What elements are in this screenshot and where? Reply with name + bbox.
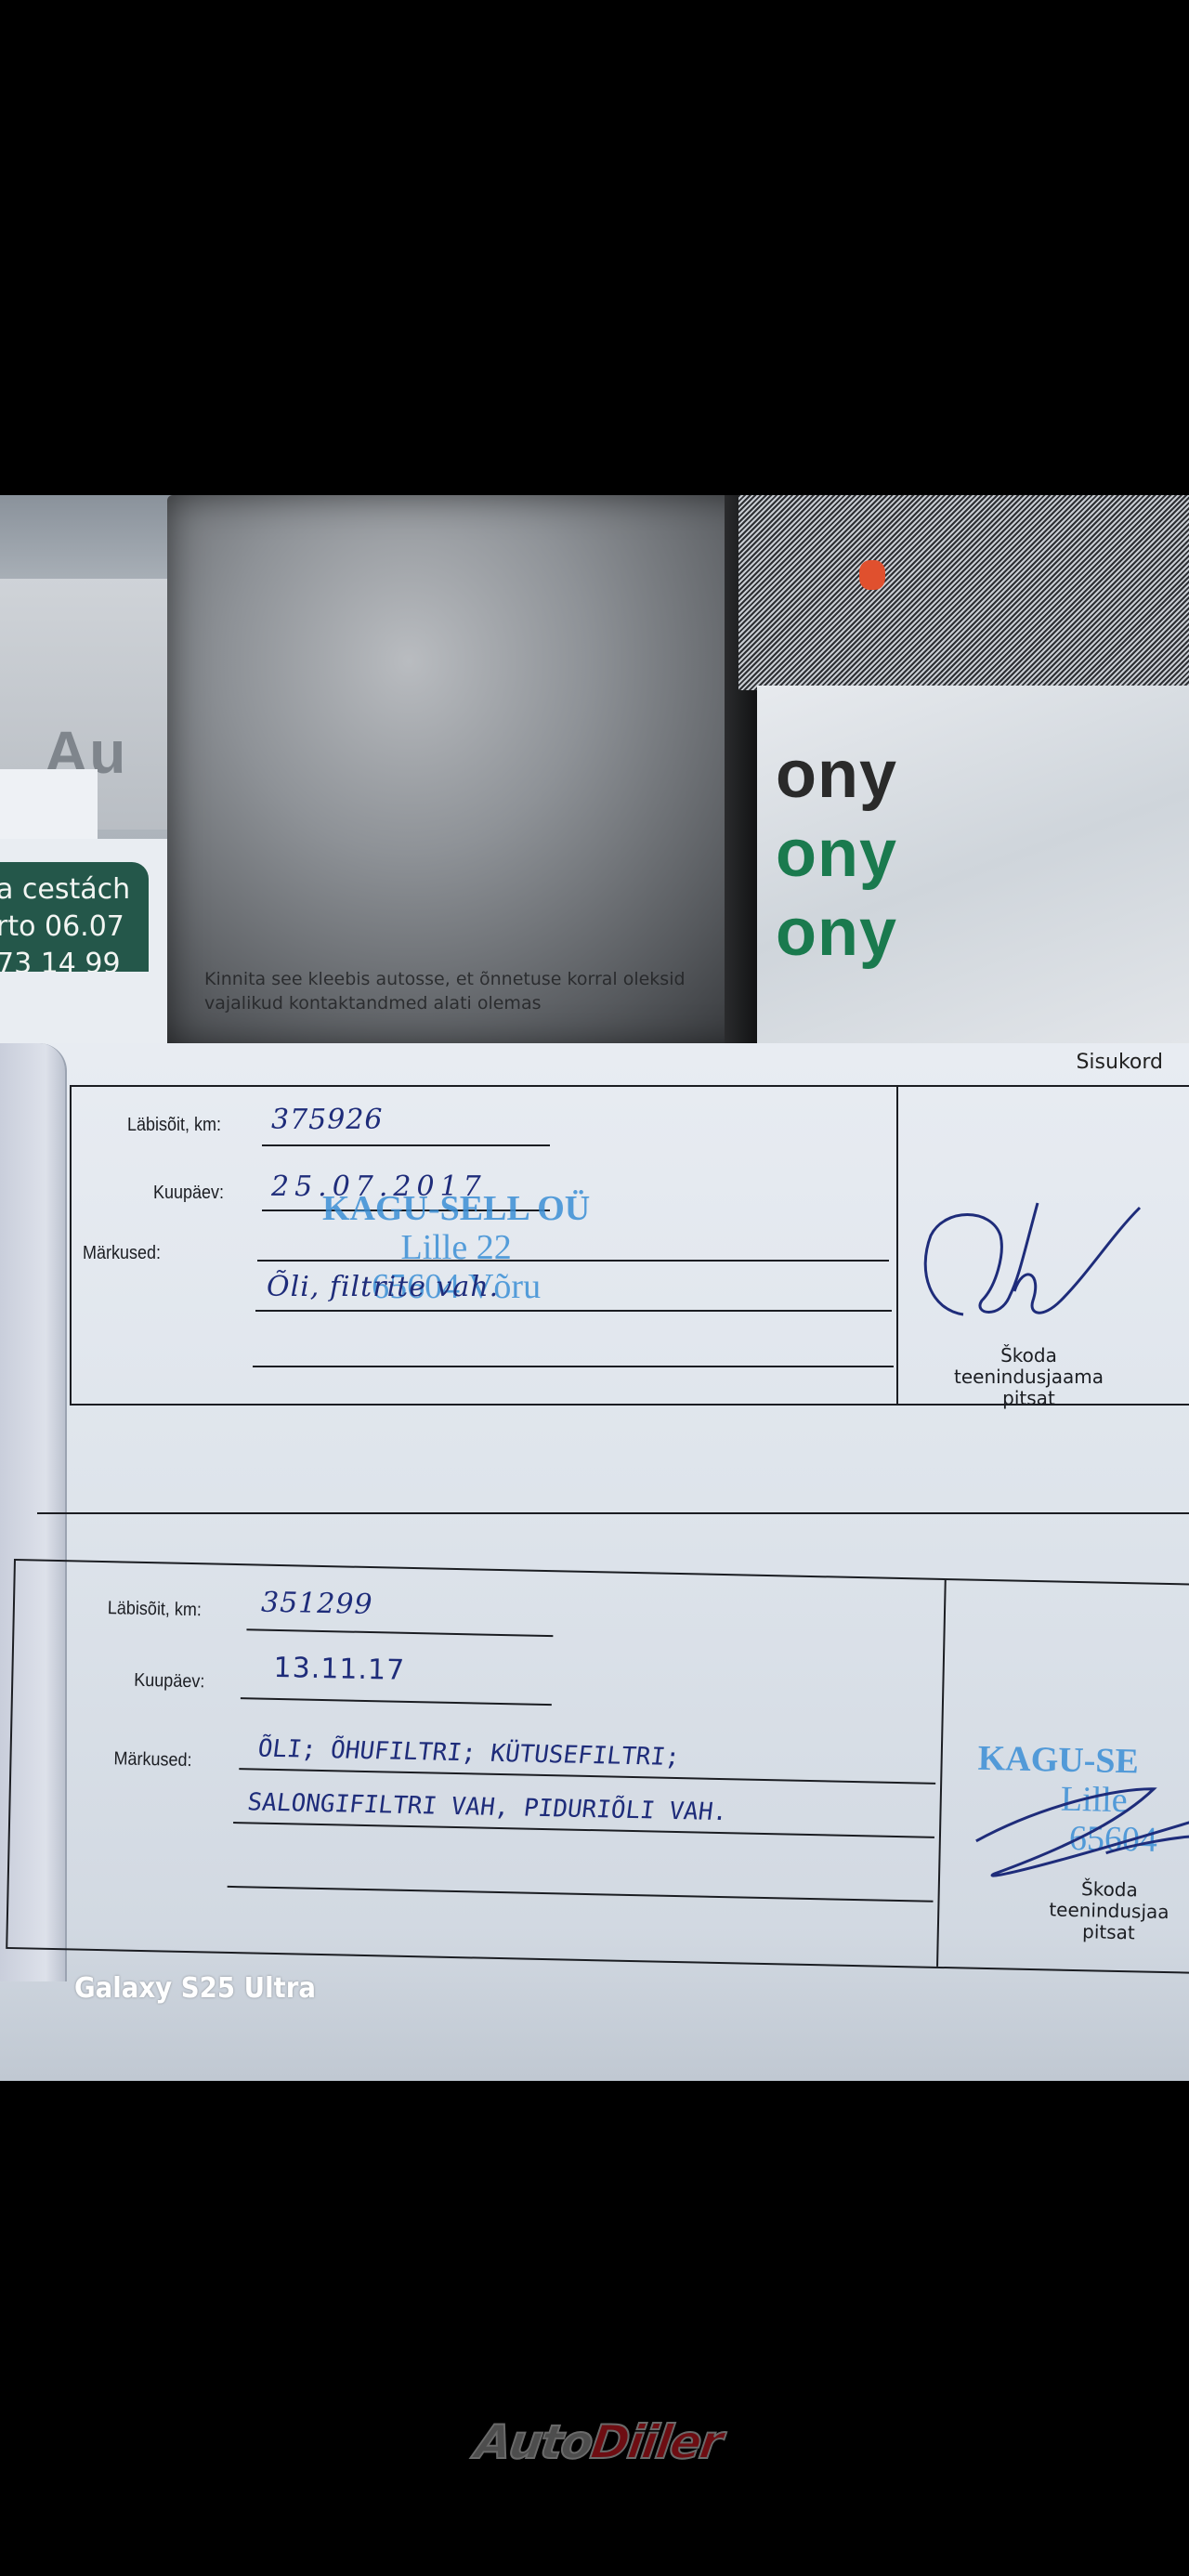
green-info-card: a cestách rto 06.07 73 14 99 xyxy=(0,862,149,972)
notes-label: Märkused: xyxy=(83,1243,161,1264)
service-book-photo: Au a cestách rto 06.07 73 14 99 Kinnita … xyxy=(0,495,1189,2081)
stamp-caption: Škoda teenindusjaama pitsat xyxy=(954,1345,1104,1409)
wallet-sticker-text: Kinnita see kleebis autosse, et õnnetuse… xyxy=(204,967,725,1015)
signature-icon xyxy=(912,1198,1163,1338)
notes-line xyxy=(257,1260,889,1262)
signature-icon xyxy=(966,1758,1189,1892)
notes-line-1: Õli, filtrite vah. xyxy=(267,1271,499,1303)
date-line xyxy=(241,1697,552,1706)
seat-fabric xyxy=(738,495,1189,690)
stamp-caption: Škoda teenindusjaa pitsat xyxy=(1049,1877,1170,1944)
notes-line-1: ÕLI; ÕHUFILTRI; KÜTUSEFILTRI; xyxy=(256,1735,682,1772)
manual-cover-word: ony xyxy=(776,895,897,971)
notes-line xyxy=(253,1366,894,1367)
mileage-label: Läbisõit, km: xyxy=(127,1115,221,1136)
page-header: Sisukord xyxy=(1076,1051,1163,1074)
notes-line xyxy=(228,1886,934,1903)
service-entry-2: Läbisõit, km: 351299 Kuupäev: 13.11.17 M… xyxy=(6,1559,1189,1974)
mileage-value: 375926 xyxy=(271,1104,384,1136)
mileage-label: Läbisõit, km: xyxy=(108,1598,202,1621)
camera-watermark: Galaxy S25 Ultra xyxy=(74,1972,316,2005)
mileage-line xyxy=(262,1144,550,1146)
owner-manual-in-wrap: ony ony ony xyxy=(757,686,1189,1057)
stamp-column xyxy=(896,1087,898,1404)
notes-line xyxy=(233,1822,934,1838)
manual-cover-word: ony xyxy=(776,737,897,813)
service-book-page: Sisukord Läbisõit, km: 375926 Kuupäev: 2… xyxy=(0,1043,1189,2081)
stamp-column xyxy=(936,1580,947,1967)
stamp-company: KAGU-SELL OÜ xyxy=(322,1189,590,1228)
date-label: Kuupäev: xyxy=(153,1183,224,1204)
green-card-line: 73 14 99 xyxy=(0,946,149,972)
document-wallet: Kinnita see kleebis autosse, et õnnetuse… xyxy=(167,495,771,1049)
notes-line xyxy=(255,1310,892,1312)
notes-label: Märkused: xyxy=(113,1748,192,1772)
row-divider xyxy=(37,1512,1189,1514)
green-card-line: a cestách xyxy=(0,871,149,909)
white-card xyxy=(0,769,98,843)
service-entry-1: Läbisõit, km: 375926 Kuupäev: 25.07.2017… xyxy=(70,1085,1189,1406)
seat-tag-icon xyxy=(859,560,885,590)
manual-cover-word: ony xyxy=(776,816,897,892)
date-value: 13.11.17 xyxy=(273,1652,405,1687)
mileage-line xyxy=(246,1628,553,1637)
logo-diiler: Diiler xyxy=(587,2415,725,2469)
site-watermark-logo: AutoDiiler xyxy=(472,2415,725,2469)
logo-auto: Auto xyxy=(472,2415,595,2469)
green-card-line: rto 06.07 xyxy=(0,909,149,946)
notes-line-2: SALONGIFILTRI VAH, PIDURIÕLI VAH. xyxy=(246,1788,729,1826)
notes-line xyxy=(239,1768,935,1785)
mileage-value: 351299 xyxy=(261,1587,373,1622)
date-label: Kuupäev: xyxy=(134,1670,205,1693)
